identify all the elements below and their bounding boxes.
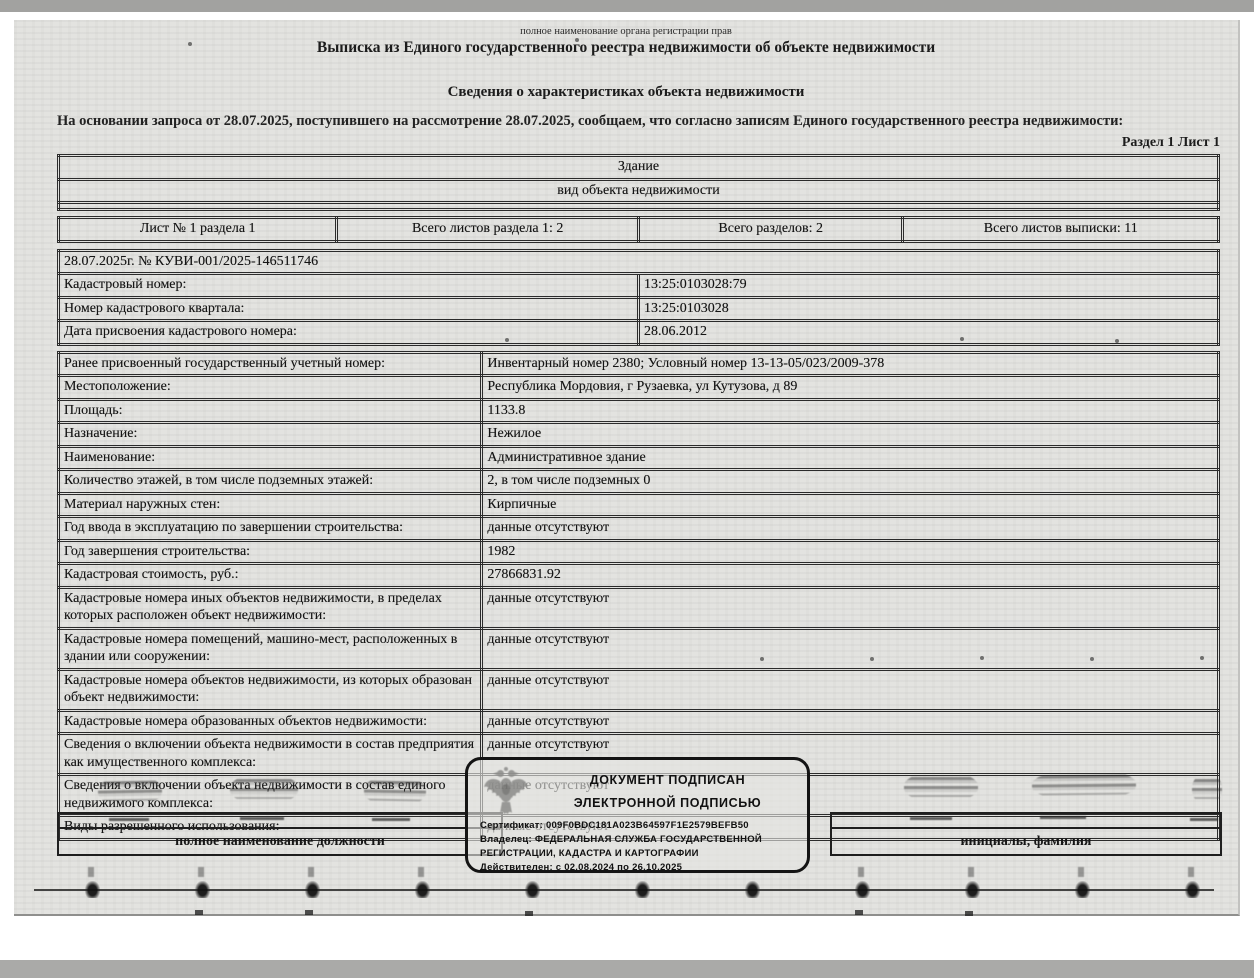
stamp-validity-line: Действителен: с 02.08.2024 по 26.10.2025 xyxy=(480,861,797,875)
attribute-value: Инвентарный номер 2380; Условный номер 1… xyxy=(482,352,1219,376)
attribute-label: Год ввода в эксплуатацию по завершении с… xyxy=(59,517,482,541)
scan-blob xyxy=(965,881,980,898)
attribute-value: данные отсутствуют xyxy=(482,628,1219,669)
document-subtitle: Сведения о характеристиках объекта недви… xyxy=(14,84,1238,101)
attribute-value: 28.06.2012 xyxy=(639,321,1219,345)
stamp-title: ДОКУМЕНТ ПОДПИСАН ЭЛЕКТРОННОЙ ПОДПИСЬЮ xyxy=(534,769,801,815)
scan-blob xyxy=(195,881,210,898)
scan-baseline xyxy=(34,889,1214,891)
attribute-label: Кадастровые номера иных объектов недвижи… xyxy=(59,587,482,628)
request-line: На основании запроса от 28.07.2025, пост… xyxy=(57,113,1220,130)
signature-position-box: полное наименование должности xyxy=(57,812,503,856)
scan-edge-dot xyxy=(305,910,313,915)
attribute-value: Нежилое xyxy=(482,423,1219,447)
attribute-value: 13:25:0103028 xyxy=(639,297,1219,321)
attribute-value: Кирпичные xyxy=(482,493,1219,517)
attribute-value: Республика Мордовия, г Рузаевка, ул Куту… xyxy=(482,376,1219,400)
attribute-value: данные отсутствуют xyxy=(482,710,1219,734)
attribute-value: 13:25:0103028:79 xyxy=(639,274,1219,298)
attribute-label: Кадастровые номера образованных объектов… xyxy=(59,710,482,734)
scan-blob xyxy=(415,881,430,898)
attribute-label: Кадастровый номер: xyxy=(59,274,639,298)
attribute-value: Административное здание xyxy=(482,446,1219,470)
scan-edge-dot xyxy=(195,910,203,915)
attribute-label: Сведения о включении объекта недвижимост… xyxy=(59,734,482,775)
stamp-title-line2: ЭЛЕКТРОННОЙ ПОДПИСЬЮ xyxy=(534,792,801,815)
stamp-details: Сертификат: 009F0BDC181A023B64597F1E2579… xyxy=(480,819,797,875)
scan-tick xyxy=(858,867,864,877)
certificate-label: Сертификат: xyxy=(480,820,543,831)
name-caption: инициалы, фамилия xyxy=(832,829,1220,854)
object-kind-value: Здание xyxy=(59,156,1219,180)
attribute-value: данные отсутствуют xyxy=(482,517,1219,541)
attribute-label: Площадь: xyxy=(59,399,482,423)
scan-tick xyxy=(308,867,314,877)
coat-of-arms-eagle-icon xyxy=(482,765,530,821)
scan-blob xyxy=(745,881,760,898)
scan-edge-dot xyxy=(965,911,973,916)
scan-blob xyxy=(855,881,870,898)
validity-value: с 02.08.2024 по 26.10.2025 xyxy=(556,862,682,873)
attribute-label: Год завершения строительства: xyxy=(59,540,482,564)
scan-tick xyxy=(1078,867,1084,877)
object-kind-table: Здание вид объекта недвижимости xyxy=(57,154,1220,211)
object-kind-spacer xyxy=(59,203,1219,210)
document-title: Выписка из Единого государственного реес… xyxy=(14,39,1238,57)
sheet-info-cell: Лист № 1 раздела 1 xyxy=(59,218,337,242)
scan-blob xyxy=(85,881,100,898)
signature-name-box: инициалы, фамилия xyxy=(830,812,1222,856)
digital-signature-stamp: ДОКУМЕНТ ПОДПИСАН ЭЛЕКТРОННОЙ ПОДПИСЬЮ С… xyxy=(465,757,810,873)
stamp-certificate-line: Сертификат: 009F0BDC181A023B64597F1E2579… xyxy=(480,819,797,833)
scan-blob xyxy=(525,881,540,898)
attribute-value: данные отсутствуют xyxy=(482,669,1219,710)
attribute-label: Кадастровые номера помещений, машино-мес… xyxy=(59,628,482,669)
attribute-label: Наименование: xyxy=(59,446,482,470)
attribute-value: данные отсутствуют xyxy=(482,587,1219,628)
scan-blob xyxy=(1185,881,1200,898)
position-caption: полное наименование должности xyxy=(59,829,501,854)
attribute-label: Номер кадастрового квартала: xyxy=(59,297,639,321)
tables-area: Здание вид объекта недвижимости Лист № 1… xyxy=(57,154,1220,841)
sheet-info-cell: Всего листов раздела 1: 2 xyxy=(337,218,639,242)
scan-blob xyxy=(635,881,650,898)
attribute-value: 2, в том числе подземных 0 xyxy=(482,470,1219,494)
scan-blob xyxy=(305,881,320,898)
stamp-owner-line: Владелец: ФЕДЕРАЛЬНАЯ СЛУЖБА ГОСУДАРСТВЕ… xyxy=(480,833,797,860)
attribute-label: Сведения о включении объекта недвижимост… xyxy=(59,775,482,816)
signature-line-blank xyxy=(832,814,1220,829)
scanner-edge-bottom xyxy=(0,960,1254,978)
registry-record-number: 28.07.2025г. № КУВИ-001/2025-146511746 xyxy=(59,250,1219,274)
primary-attributes-table: 28.07.2025г. № КУВИ-001/2025-146511746 К… xyxy=(57,249,1220,346)
scanner-edge-top xyxy=(0,0,1254,12)
scan-tick xyxy=(88,867,94,877)
scan-tick xyxy=(1188,867,1194,877)
owner-label: Владелец: xyxy=(480,834,532,845)
validity-label: Действителен: xyxy=(480,862,553,873)
scan-tick xyxy=(968,867,974,877)
attribute-label: Дата присвоения кадастрового номера: xyxy=(59,321,639,345)
sheet-info-table: Лист № 1 раздела 1 Всего листов раздела … xyxy=(57,216,1220,243)
attribute-value: 27866831.92 xyxy=(482,564,1219,588)
scan-blob xyxy=(1075,881,1090,898)
attribute-label: Ранее присвоенный государственный учетны… xyxy=(59,352,482,376)
scan-tick xyxy=(198,867,204,877)
object-kind-caption: вид объекта недвижимости xyxy=(59,179,1219,203)
attribute-value: 1133.8 xyxy=(482,399,1219,423)
document-page: полное наименование органа регистрации п… xyxy=(14,20,1240,916)
stamp-title-line1: ДОКУМЕНТ ПОДПИСАН xyxy=(534,769,801,792)
attribute-label: Местоположение: xyxy=(59,376,482,400)
certificate-value: 009F0BDC181A023B64597F1E2579BEFB50 xyxy=(546,820,749,831)
attribute-label: Материал наружных стен: xyxy=(59,493,482,517)
scan-edge-dot xyxy=(855,910,863,915)
signature-line-blank xyxy=(59,814,501,829)
sheet-info-cell: Всего разделов: 2 xyxy=(638,218,902,242)
scan-tick xyxy=(418,867,424,877)
scan-edge-dot xyxy=(525,911,533,916)
sheet-info-cell: Всего листов выписки: 11 xyxy=(903,218,1219,242)
attribute-label: Кадастровые номера объектов недвижимости… xyxy=(59,669,482,710)
org-caption: полное наименование органа регистрации п… xyxy=(14,26,1238,37)
attribute-label: Количество этажей, в том числе подземных… xyxy=(59,470,482,494)
attribute-label: Назначение: xyxy=(59,423,482,447)
section-sheet-marker: Раздел 1 Лист 1 xyxy=(57,135,1220,151)
attribute-label: Кадастровая стоимость, руб.: xyxy=(59,564,482,588)
attribute-value: 1982 xyxy=(482,540,1219,564)
